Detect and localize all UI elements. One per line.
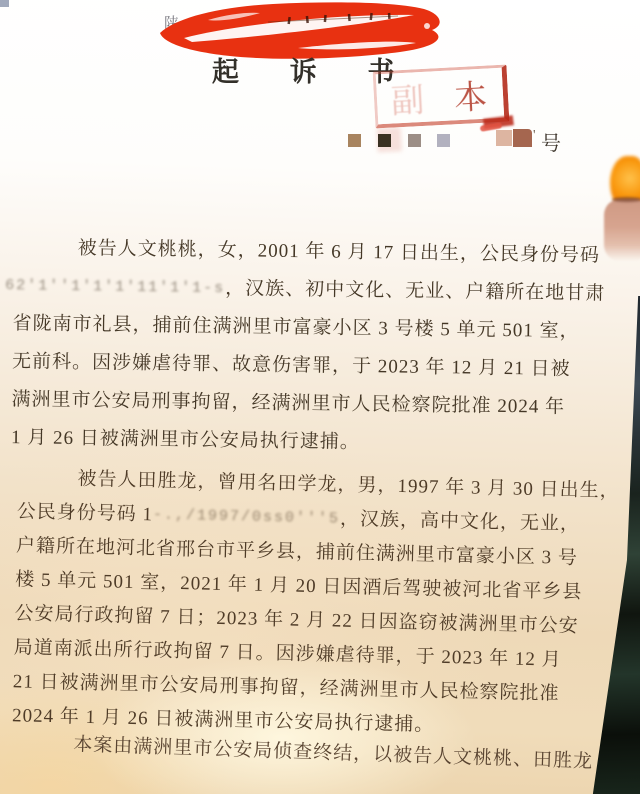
mosaic-square — [513, 129, 532, 147]
paragraph-defendant-1: 被告人文桃桃，女，2001 年 6 月 17 日出生，公民身份号码 62'1''… — [3, 226, 606, 462]
mosaic-square — [408, 134, 421, 147]
redacted-id-number: -.,/1997/0ss0'''5 — [153, 506, 340, 527]
case-number-suffix: 号 — [541, 127, 561, 156]
case-number-tick: ' — [533, 128, 536, 144]
mosaic-square — [378, 134, 391, 147]
body-line-text: ，汉族，高中文化，无业， — [340, 503, 581, 535]
redacted-id-number: 62'1''1'1'1'11'1'1-s — [5, 276, 225, 296]
mosaic-square — [496, 130, 512, 146]
body-line-text: 公民身份号码 1 — [17, 496, 154, 526]
paragraph-defendant-2: 被告人田胜龙，曾用名田学龙，男，1997 年 3 月 30 日出生， 公民身份号… — [0, 458, 620, 744]
mosaic-square — [348, 134, 361, 147]
mosaic-square — [437, 134, 450, 147]
fingertip-crease — [612, 197, 640, 202]
fingertip — [604, 199, 640, 261]
body-line-text: ，汉族、初中文化、无业、户籍所在地甘肃 — [225, 273, 605, 305]
indictment-document-photo: 陕 起 诉 书 副 本 ' 号 被告人文桃桃，女，2001 年 6 月 17 日… — [0, 0, 640, 794]
